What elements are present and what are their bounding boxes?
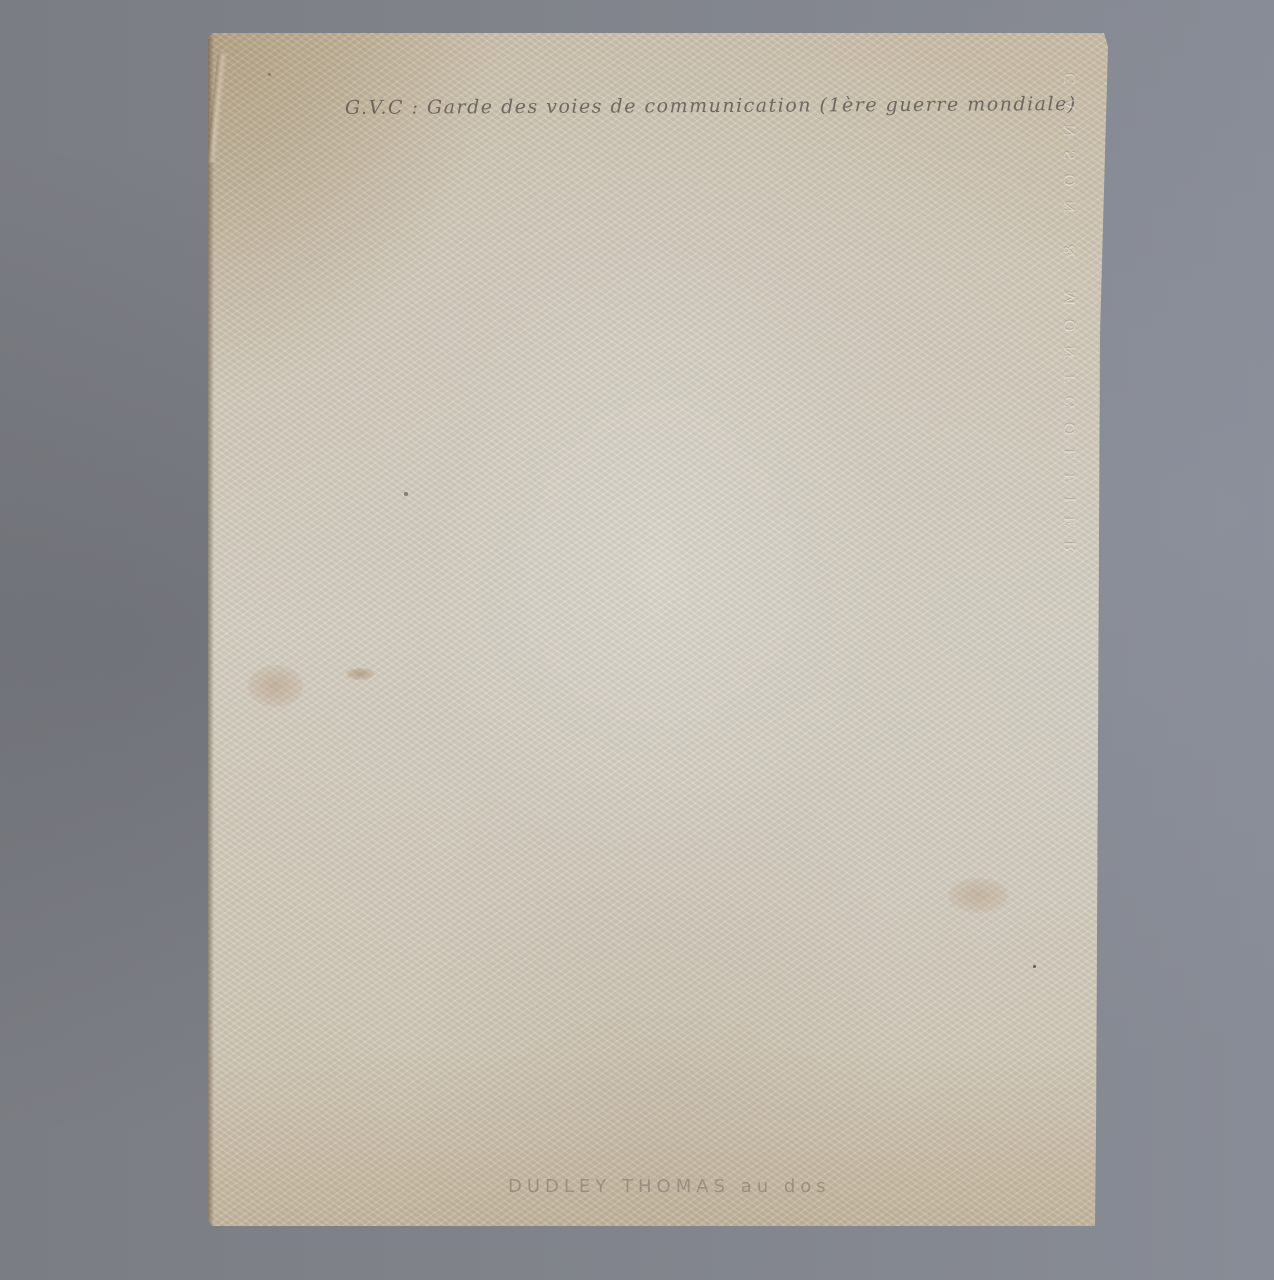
paper-grain (208, 33, 1108, 1226)
left-edge-shadow (208, 33, 214, 1226)
embossed-watermark: CANSON & MONTGOLFIER (1060, 73, 1082, 1213)
speck-center (404, 492, 408, 496)
stain-left (248, 665, 303, 707)
pencil-note-bottom: DUDLEY THOMAS au dos (508, 1176, 831, 1197)
handwritten-note-top: G.V.C : Garde des voies de communication… (345, 93, 1077, 119)
speck-right (1033, 965, 1036, 968)
stain-right (948, 878, 1008, 913)
speck-top (268, 73, 271, 76)
paper-sheet: G.V.C : Garde des voies de communication… (208, 33, 1108, 1226)
speck-left (346, 668, 374, 680)
